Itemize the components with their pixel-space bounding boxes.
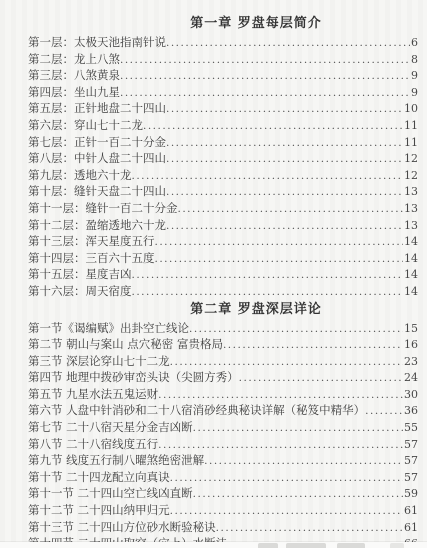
dot-leader (216, 520, 403, 537)
dot-leader (155, 251, 404, 268)
entry-title: 第十层：缝针天盘二十四山 (28, 183, 166, 200)
dot-leader (204, 453, 403, 470)
entry-page-number: 13 (404, 201, 418, 218)
dot-leader (223, 337, 403, 354)
dot-leader (132, 267, 404, 284)
entry-title: 第十一层：缝针一百二十分金 (28, 200, 178, 217)
entry-title: 第一节《谒编赋》出卦空亡线论 (28, 320, 189, 337)
entry-page-number: 10 (404, 101, 418, 118)
toc-entry: 第十六层：周天宿度14 (28, 283, 418, 300)
entry-page-number: 59 (404, 486, 418, 503)
entry-title: 第七节 二十八宿天星分金吉凶断 (28, 419, 193, 436)
entry-title: 第十一节 二十四山空亡线凶直断 (28, 485, 193, 502)
toc-entry: 第九层：透地六十龙12 (28, 167, 418, 184)
dot-leader (166, 218, 403, 235)
entry-title: 第四层：坐山九星 (28, 84, 120, 101)
toc-entry: 第一层：太极天池指南针说6 (28, 34, 418, 51)
entry-page-number: 36 (404, 403, 418, 420)
entry-title: 第八节 二十八宿线度五行 (28, 436, 158, 453)
dot-leader (158, 437, 403, 454)
toc-entry: 第六节 人盘中针消砂和二十八宿消砂经典秘诀详解（秘笈中精华）36 (28, 402, 418, 419)
entry-page-number: 57 (404, 453, 418, 470)
toc-entry: 第四节 地理中拨砂审峦头诀（尖圆方秀）24 (28, 369, 418, 386)
entry-page-number: 30 (404, 387, 418, 404)
toc-entry: 第十二层：盈缩透地六十龙13 (28, 217, 418, 234)
entry-page-number: 12 (404, 151, 418, 168)
dot-leader (132, 284, 404, 301)
entry-page-number: 14 (404, 267, 418, 284)
toc-entry: 第十二节 二十四山纳甲归元61 (28, 502, 418, 519)
chapter-heading: 第二章 罗盘深层详论 (61, 300, 427, 320)
entry-title: 第四节 地理中拨砂审峦头诀（尖圆方秀） (28, 369, 239, 386)
dot-leader (166, 35, 410, 52)
entry-title: 第五节 九星水法五鬼运财 (28, 386, 158, 403)
entry-title: 第十六层：周天宿度 (28, 283, 132, 300)
entry-page-number: 24 (404, 370, 418, 387)
entry-page-number: 8 (411, 52, 418, 69)
toc-entry: 第二节 朝山与案山 点穴秘密 富贵格局16 (28, 336, 418, 353)
dot-leader (143, 118, 403, 135)
entry-page-number: 12 (404, 168, 418, 185)
entry-page-number: 61 (404, 520, 418, 537)
entry-title: 第三层：八煞黄泉 (28, 67, 120, 84)
entry-page-number: 13 (404, 184, 418, 201)
dot-leader (120, 68, 410, 85)
entry-page-number: 11 (404, 135, 418, 152)
dot-leader (155, 234, 404, 251)
dot-leader (166, 101, 403, 118)
dot-leader (239, 370, 403, 387)
entry-page-number: 55 (404, 420, 418, 437)
entry-page-number: 16 (404, 337, 418, 354)
dot-leader (193, 420, 403, 437)
entry-page-number: 23 (404, 354, 418, 371)
dot-leader (166, 184, 403, 201)
dot-leader (178, 201, 404, 218)
dot-leader (166, 151, 403, 168)
toc-entry: 第五节 九星水法五鬼运财30 (28, 386, 418, 403)
entry-title: 第十二节 二十四山纳甲归元 (28, 502, 170, 519)
partial-ui-fragment (286, 543, 326, 548)
entry-title: 第七层：正针一百二十分金 (28, 134, 166, 151)
dot-leader (132, 168, 404, 185)
toc-content: 第一章 罗盘每层简介第一层：太极天池指南针说6第二层：龙上八煞8第三层：八煞黄泉… (0, 0, 427, 548)
entry-title: 第六节 人盘中针消砂和二十八宿消砂经典秘诀详解（秘笈中精华） (28, 402, 365, 419)
entry-page-number: 61 (404, 503, 418, 520)
toc-entry: 第十节 二十四龙配立向真诀57 (28, 469, 418, 486)
toc-entry: 第七层：正针一百二十分金11 (28, 134, 418, 151)
entry-page-number: 57 (404, 437, 418, 454)
toc-entry: 第十三层：浑天星度五行14 (28, 233, 418, 250)
dot-leader (189, 321, 403, 338)
entry-title: 第八层：中针人盘二十四山 (28, 150, 166, 167)
toc-entry: 第四层：坐山九星9 (28, 84, 418, 101)
entry-page-number: 14 (404, 251, 418, 268)
entry-title: 第十三节 二十四山方位砂水断验秘诀 (28, 519, 216, 536)
entry-title: 第三节 深层论穿山七十二龙 (28, 353, 170, 370)
entry-page-number: 57 (404, 470, 418, 487)
entry-title: 第五层：正针地盘二十四山 (28, 100, 166, 117)
dot-leader (158, 387, 403, 404)
entry-title: 第九节 线度五行制八曜煞绝密泄解 (28, 452, 204, 469)
entry-page-number: 6 (411, 35, 418, 52)
toc-entry: 第六层：穿山七十二龙11 (28, 117, 418, 134)
entry-page-number: 13 (404, 218, 418, 235)
toc-entry: 第一节《谒编赋》出卦空亡线论15 (28, 320, 418, 337)
toc-entry: 第十一节 二十四山空亡线凶直断59 (28, 485, 418, 502)
dot-leader (120, 52, 410, 69)
toc-entry: 第三层：八煞黄泉9 (28, 67, 418, 84)
entry-page-number: 9 (411, 68, 418, 85)
entry-title: 第六层：穿山七十二龙 (28, 117, 143, 134)
toc-entry: 第八层：中针人盘二十四山12 (28, 150, 418, 167)
entry-title: 第十节 二十四龙配立向真诀 (28, 469, 170, 486)
toc-entry: 第十层：缝针天盘二十四山13 (28, 183, 418, 200)
entry-title: 第二层：龙上八煞 (28, 51, 120, 68)
toc-entry: 第十四层：三百六十五度14 (28, 250, 418, 267)
toc-entry: 第十三节 二十四山方位砂水断验秘诀61 (28, 519, 418, 536)
partial-ui-fragment (390, 543, 404, 548)
page-bottom-edge (0, 542, 427, 548)
toc-entry: 第十五层：星度吉凶14 (28, 266, 418, 283)
dot-leader (170, 354, 403, 371)
entry-title: 第十五层：星度吉凶 (28, 266, 132, 283)
toc-entry: 第十一层：缝针一百二十分金13 (28, 200, 418, 217)
dot-leader (170, 470, 403, 487)
entry-page-number: 14 (404, 234, 418, 251)
dot-leader (365, 403, 403, 420)
toc-entry: 第五层：正针地盘二十四山10 (28, 100, 418, 117)
entry-page-number: 14 (404, 284, 418, 301)
dot-leader (120, 85, 410, 102)
dot-leader (170, 503, 403, 520)
entry-title: 第十四层：三百六十五度 (28, 250, 155, 267)
chapter-heading: 第一章 罗盘每层简介 (61, 14, 427, 34)
entry-page-number: 9 (411, 85, 418, 102)
entry-title: 第十二层：盈缩透地六十龙 (28, 217, 166, 234)
entry-title: 第二节 朝山与案山 点穴秘密 富贵格局 (28, 336, 223, 353)
toc-entry: 第二层：龙上八煞8 (28, 51, 418, 68)
toc-entry: 第七节 二十八宿天星分金吉凶断55 (28, 419, 418, 436)
toc-entry: 第八节 二十八宿线度五行57 (28, 436, 418, 453)
partial-ui-fragment (337, 543, 365, 548)
entry-title: 第一层：太极天池指南针说 (28, 34, 166, 51)
entry-title: 第十三层：浑天星度五行 (28, 233, 155, 250)
toc-entry: 第九节 线度五行制八曜煞绝密泄解57 (28, 452, 418, 469)
toc-entry: 第三节 深层论穿山七十二龙23 (28, 353, 418, 370)
partial-ui-fragment (258, 543, 278, 548)
dot-leader (166, 135, 403, 152)
entry-page-number: 11 (404, 118, 418, 135)
dot-leader (193, 486, 403, 503)
entry-title: 第九层：透地六十龙 (28, 167, 132, 184)
scanned-toc-page: 第一章 罗盘每层简介第一层：太极天池指南针说6第二层：龙上八煞8第三层：八煞黄泉… (0, 0, 427, 548)
entry-page-number: 15 (404, 321, 418, 338)
